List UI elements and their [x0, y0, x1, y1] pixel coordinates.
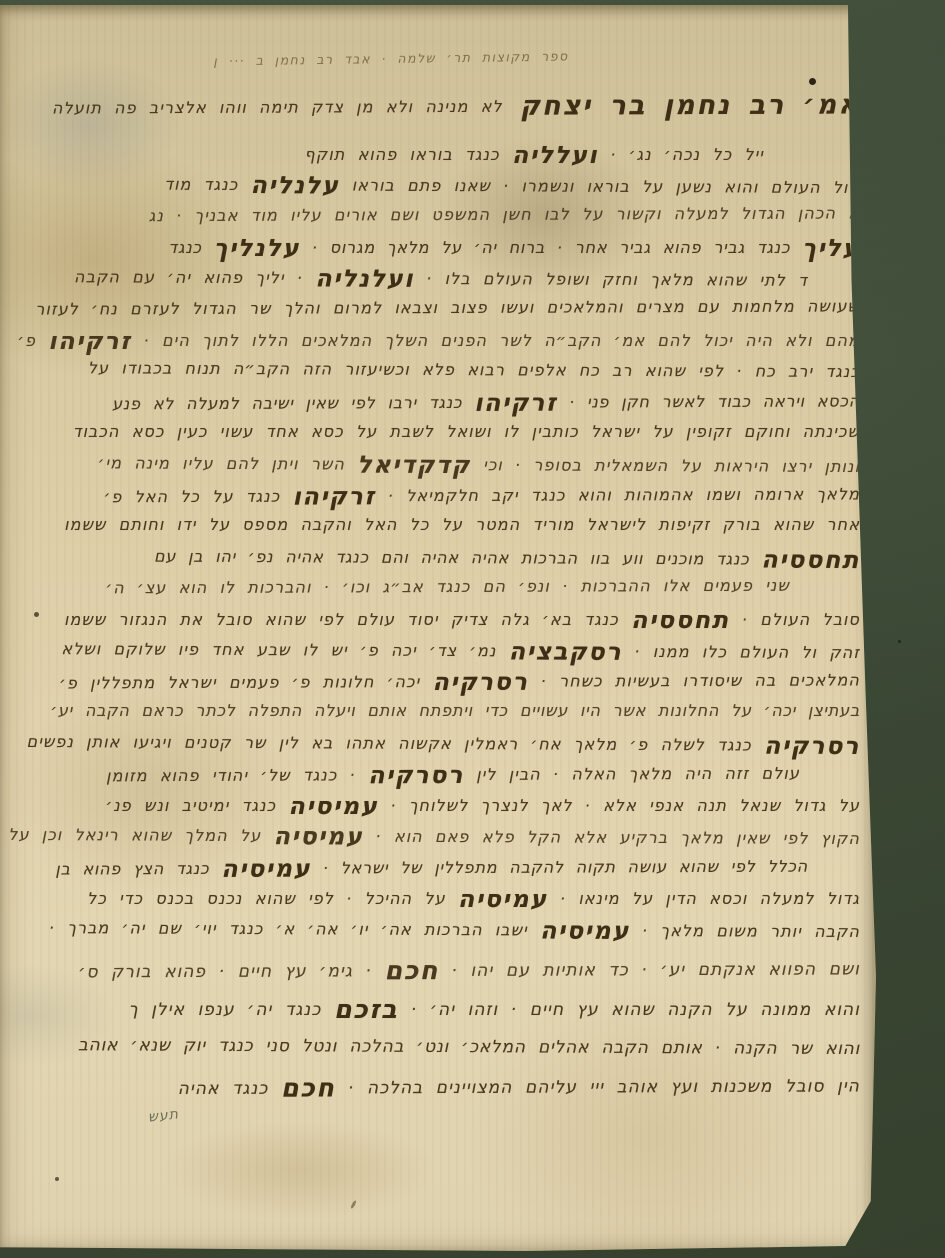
emphasized-word: עלנליך [214, 234, 300, 262]
text-run: כנגד גביר פהוא גביר אחר · ברוח יה׳ על מל… [300, 238, 802, 257]
text-run: זהק ול העולם כלו ממנו · [622, 642, 860, 662]
ink-smudge [350, 1200, 357, 1209]
ink-speck [809, 78, 816, 85]
manuscript-line: טול העולם והוא נשען על בוראו ונשמרו · שא… [26, 172, 860, 207]
manuscript-line: גדול למעלה וכסא הדין על מינאו · עמיסיה ע… [26, 887, 860, 918]
margin-dot [34, 612, 39, 617]
text-run: כנגד לשלה פ׳ מלאך אח׳ ראמלין אקשוה אתהו … [27, 732, 765, 755]
text-run: כנגד אהיה [178, 1079, 281, 1099]
manuscript-line: רסרקיה כנגד לשלה פ׳ מלאך אח׳ ראמלין אקשו… [26, 730, 860, 765]
emphasized-word: ועלנליה [315, 264, 414, 292]
manuscript-line: כנגד ירב כח · לפי שהוא רב כח אלפים רבוא … [26, 358, 860, 393]
manuscript-line: מלאך ארומה ושמו אהמוהות והוא כנגד יקב חל… [26, 482, 860, 516]
emphasized-word: חכם [281, 1073, 336, 1103]
text-run: והוא שר הקנה · אותם הקבה אהלים המלאכ׳ ונ… [78, 1035, 860, 1059]
manuscript-line: המלאכים בה שיסודרו בעשיות כשחר · רסרקיה … [26, 668, 860, 702]
emphasized-word: חכם [384, 956, 439, 986]
text-run: אחר שהוא בורק זקיפות לישראל מוריד המטר ע… [64, 515, 860, 534]
manuscript-line: אחר שהוא בורק זקיפות לישראל מוריד המטר ע… [26, 515, 860, 546]
text-run: ישבו הברכות אה׳ יו׳ אה׳ א׳ כנגד יוי׳ שם … [49, 918, 540, 939]
text-run: על המלך שהוא רינאל וכן על ה׳ [0, 825, 274, 845]
text-run: כנגד בא׳ גלה צדיק יסוד עולם לפי שהוא סוב… [64, 610, 631, 629]
manuscript-line: על גדול שנאל תנה אנפי אלא · לאך לנצרך לש… [26, 794, 860, 825]
emphasized-word: תחססיה [631, 606, 730, 634]
manuscript-line: אמ׳ רב נחמן בר יצחק לא מנינה ולא מן צדק … [26, 91, 860, 144]
manuscript-line: שכינתה וחוקם זקופין על ישראל כותבין לו ו… [26, 422, 860, 453]
text-run: גדול למעלה וכסא הדין על מינאו · [548, 889, 860, 908]
library-inscription: ספר מקוצות תר׳ שלמה · אבד רב נחמן ב ··· … [111, 47, 671, 70]
text-run: טול העולם והוא נשען על בוראו ונשמרו · שא… [340, 175, 861, 197]
manuscript-line: הקבה יותר משום מלאך · עמיסיה ישבו הברכות… [26, 916, 860, 951]
manuscript-line: ושם הפווא אנקתם יע׳ · כד אותיות עם יהו ·… [26, 957, 860, 999]
manuscript-line: א הכהן הגדול למעלה וקשור על לבו חשן המשפ… [26, 203, 860, 237]
text-run: כנגד בוראו פהוא תוקף [305, 145, 512, 164]
manuscript-line: עולם זזה היה מלאך האלה · הבין לין רסרקיה… [26, 761, 860, 795]
manuscript-line: תחססיה כנגד מוכנים ווע בוו הברכות אהיה א… [26, 544, 860, 579]
text-run: נמ׳ צד׳ יכה פ׳ יש לו שבע אחד פיו שלוקם ו… [61, 639, 508, 660]
text-run: על ההיכל · לפי שהוא נכנס בכנס כדי כל [87, 889, 458, 908]
text-run: כנגד [168, 238, 213, 257]
emphasized-word: אמ׳ רב נחמן בר יצחק [503, 89, 860, 121]
emphasized-word: עמיסיה [221, 855, 311, 883]
emphasized-word: עמיסיה [540, 916, 630, 944]
emphasized-word: זרקיהו [292, 482, 375, 510]
emphasized-word: עליך [802, 234, 860, 262]
text-run: כנגד הצץ פהוא בן [55, 859, 221, 879]
manuscript-line: ונותן ירצו היראות על השמאלית בסופר · וכי… [26, 451, 860, 486]
text-run: הכלל לפי שהוא עושה תקוה להקבה מתפללין של… [311, 857, 808, 878]
ink-speck [898, 640, 901, 643]
emphasized-word: קדקדיאל [357, 451, 471, 480]
text-run: · כנגד של׳ יהודי פהוא מזומן [106, 765, 368, 785]
text-block: אמ׳ רב נחמן בר יצחק לא מנינה ולא מן צדק … [26, 93, 860, 1115]
text-run: שעושה מלחמות עם מצרים והמלאכים ועשו פצוב… [35, 296, 860, 318]
emphasized-word: זרקיהו [474, 389, 557, 417]
text-run: כנגד על כל האל פ׳ [104, 487, 293, 507]
emphasized-word: עמיסיה [273, 822, 363, 850]
text-run: כנגד מוכנים ווע בוו הברכות אהיה אהיה והם… [154, 547, 761, 569]
manuscript-line: מהם ולא היה יכול להם אמ׳ הקב״ה לשר הפנים… [26, 329, 860, 360]
text-run: כנגד יה׳ ענפו אילן ך [128, 1000, 333, 1020]
manuscript-line: הכסא ויראה כבוד לאשר חקן פני · זרקיהו כנ… [26, 389, 860, 423]
manuscript-line: עליך כנגד גביר פהוא גביר אחר · ברוח יה׳ … [26, 236, 860, 267]
emphasized-word: רסקבציה [509, 637, 623, 666]
text-run: א הכהן הגדול למעלה וקשור על לבו חשן המשפ… [149, 203, 860, 225]
manuscript-line: סובל העולם · תחססיה כנגד בא׳ גלה צדיק יס… [26, 608, 860, 639]
text-run: ייל כל נכה׳ נג׳ · [598, 145, 764, 164]
text-run: · גימ׳ עץ חיים · פהוא בורק ס׳ [78, 961, 384, 982]
emphasized-word: עמיסיה [458, 885, 548, 913]
manuscript-line: והוא שר הקנה · אותם הקבה אהלים המלאכ׳ ונ… [26, 1035, 860, 1078]
emphasized-word: עמיסיה [288, 792, 378, 820]
text-run: שכינתה וחוקם זקופין על ישראל כותבין לו ו… [73, 422, 860, 441]
manuscript-line: בעתיצן יכה׳ על החלונות אשר היו עשויים כד… [26, 701, 860, 732]
emphasized-word: תחססיה [761, 546, 860, 574]
manuscript-line: שני פעמים אלו ההברכות · ונפ׳ הם כנגד אב״… [26, 575, 860, 609]
text-run: ושם הפווא אנקתם יע׳ · כד אותיות עם יהו · [439, 959, 860, 981]
text-run: בעתיצן יכה׳ על החלונות אשר היו עשויים כד… [50, 701, 860, 720]
text-run: והוא ממונה על הקנה שהוא עץ חיים · וזהו י… [398, 1000, 860, 1020]
manuscript-line: זהק ול העולם כלו ממנו · רסקבציה נמ׳ צד׳ … [26, 637, 860, 672]
emphasized-word: רסרקיה [764, 732, 860, 760]
text-run: עולם זזה היה מלאך האלה · הבין לין [464, 764, 800, 784]
photo-backdrop: ספר מקוצות תר׳ שלמה · אבד רב נחמן ב ··· … [0, 0, 945, 1258]
text-run: הכסא ויראה כבוד לאשר חקן פני · [557, 391, 860, 411]
manuscript-line: הקוץ לפי שאין מלאך ברקיע אלא הקל פלא פאם… [26, 823, 860, 858]
text-run: סובל העולם · [730, 610, 860, 629]
text-run: ונותן ירצו היראות על השמאלית בסופר · וכי [471, 455, 860, 476]
text-run: ד לתי שהוא מלאך וחזק ושופל העולם בלו · [414, 269, 808, 290]
manuscript-line: ייל כל נכה׳ נג׳ · ועלליה כנגד בוראו פהוא… [26, 143, 860, 174]
manuscript-line: שעושה מלחמות עם מצרים והמלאכים ועשו פצוב… [26, 296, 860, 330]
manuscript-line: הכלל לפי שהוא עושה תקוה להקבה מתפללין של… [26, 854, 860, 888]
text-run: השר ויתן להם עליו מינה מי׳ [98, 453, 358, 473]
emphasized-word: רסרקיה [368, 761, 464, 789]
ink-speck [55, 1177, 59, 1181]
emphasized-word: זרקיהו [48, 327, 131, 355]
text-run: מהם ולא היה יכול להם אמ׳ הקב״ה לשר הפנים… [131, 331, 860, 350]
emphasized-word: בזכם [334, 995, 398, 1025]
text-run: על גדול שנאל תנה אנפי אלא · לאך לנצרך לש… [378, 796, 860, 815]
text-run: לא מנינה ולא מן צדק תימה ווהו אלצריב פה … [52, 97, 503, 118]
text-run: מלאך ארומה ושמו אהמוהות והוא כנגד יקב חל… [376, 484, 860, 505]
text-run: · יליך פהוא יה׳ עם הקבה [74, 267, 315, 287]
manuscript-line: והוא ממונה על הקנה שהוא עץ חיים · וזהו י… [26, 998, 860, 1037]
manuscript-line: ד לתי שהוא מלאך וחזק ושופל העולם בלו · ו… [26, 265, 860, 300]
emphasized-word: עלנליה [250, 171, 339, 199]
text-run: כנגד ימיטיב ונש פנ׳ [105, 796, 288, 815]
manuscript-page: ספר מקוצות תר׳ שלמה · אבד רב נחמן ב ··· … [0, 5, 876, 1251]
quire-catchword: תעש [147, 1106, 179, 1125]
text-run: המלאכים בה שיסודרו בעשיות כשחר · [528, 670, 860, 690]
emphasized-word: ועלליה [512, 141, 598, 169]
text-run: פ׳ [17, 331, 48, 350]
text-run: יכה׳ חלונות פ׳ פעמים ישראל מתפללין פ׳ [59, 672, 432, 692]
text-run: הקבה יותר משום מלאך · [630, 921, 860, 941]
emphasized-word: רסרקיה [432, 668, 528, 696]
text-run: כנגד מוד [164, 175, 250, 194]
text-run: שני פעמים אלו ההברכות · ונפ׳ הם כנגד אב״… [105, 576, 790, 598]
text-run: הין סובל משכנות ועץ אוהב ייי עליהם המצוי… [335, 1076, 860, 1098]
text-run: כנגד ירבו לפי שאין ישיבה למעלה לא פנע [112, 393, 474, 413]
text-run: כנגד ירב כח · לפי שהוא רב כח אלפים רבוא … [88, 358, 860, 381]
text-run: הקוץ לפי שאין מלאך ברקיע אלא הקל פלא פאם… [363, 827, 860, 848]
